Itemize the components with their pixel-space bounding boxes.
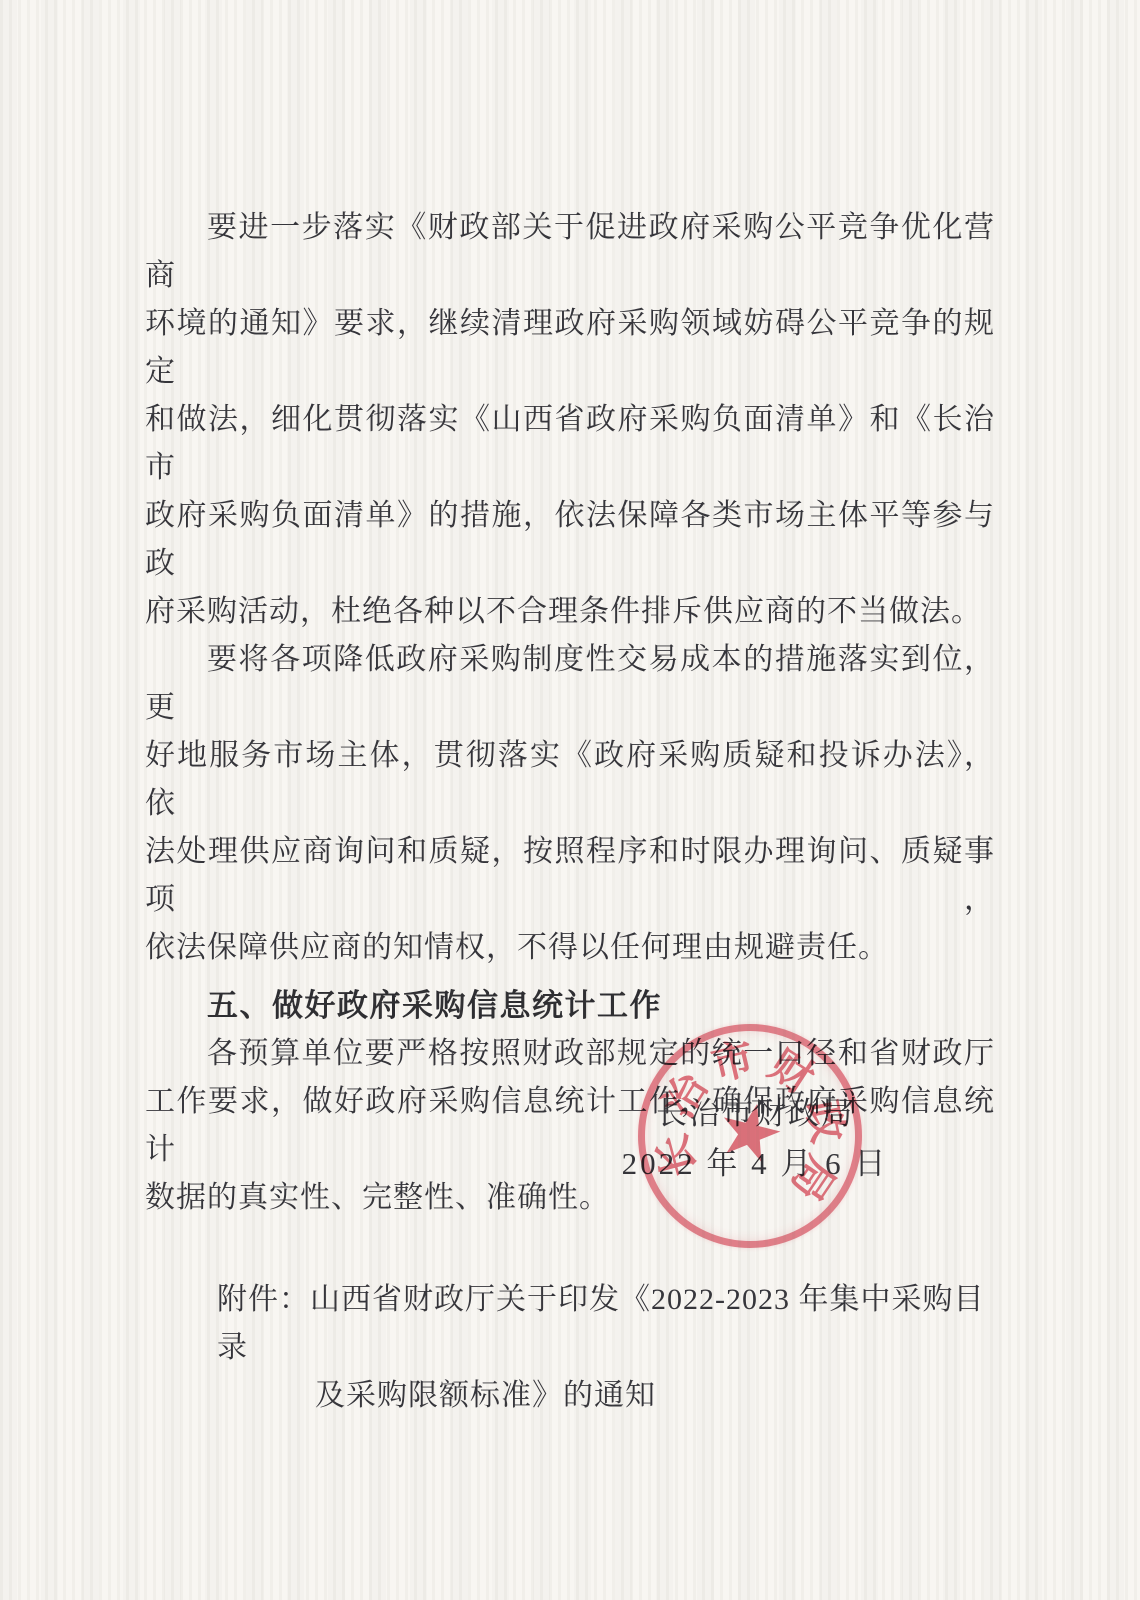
seal-char: 政 xyxy=(796,1093,852,1149)
paragraph-line: 环境的通知》要求，继续清理政府采购领域妨碍公平竞争的规定 xyxy=(145,300,995,396)
paragraph-line: 要进一步落实《财政部关于促进政府采购公平竞争优化营商 xyxy=(145,204,995,300)
paragraph-line: 政府采购负面清单》的措施，依法保障各类市场主体平等参与政 xyxy=(145,492,995,588)
paragraph-fair-competition: 要进一步落实《财政部关于促进政府采购公平竞争优化营商 环境的通知》要求，继续清理… xyxy=(145,204,995,636)
attachment-reference: 附件：山西省财政厅关于印发《2022-2023 年集中采购目录 及采购限额标准》… xyxy=(145,1276,995,1420)
attachment-line: 及采购限额标准》的通知 xyxy=(145,1372,995,1420)
attachment-line: 附件：山西省财政厅关于印发《2022-2023 年集中采购目录 xyxy=(145,1276,995,1372)
document-body: 要进一步落实《财政部关于促进政府采购公平竞争优化营商 环境的通知》要求，继续清理… xyxy=(145,204,995,1420)
paragraph-line: 府采购活动，杜绝各种以不合理条件排斥供应商的不当做法。 xyxy=(145,588,995,636)
paragraph-transaction-cost: 要将各项降低政府采购制度性交易成本的措施落实到位，更 好地服务市场主体，贯彻落实… xyxy=(145,636,995,972)
official-seal-stamp: 长 治 市 财 政 局 ★ xyxy=(638,1024,862,1248)
paragraph-line: 好地服务市场主体，贯彻落实《政府采购质疑和投诉办法》，依 xyxy=(145,732,995,828)
paragraph-line: 要将各项降低政府采购制度性交易成本的措施落实到位，更 xyxy=(145,636,995,732)
section-heading-5: 五、做好政府采购信息统计工作 xyxy=(145,982,995,1030)
paragraph-line: 各预算单位要严格按照财政部规定的统一口径和省财政厅 xyxy=(145,1030,995,1078)
scanned-notice-page: 要进一步落实《财政部关于促进政府采购公平竞争优化营商 环境的通知》要求，继续清理… xyxy=(0,0,1140,1600)
paragraph-line: 和做法，细化贯彻落实《山西省政府采购负面清单》和《长治市 xyxy=(145,396,995,492)
paragraph-line: 依法保障供应商的知情权，不得以任何理由规避责任。 xyxy=(145,924,995,972)
paragraph-line: 法处理供应商询问和质疑，按照程序和时限办理询问、质疑事项， xyxy=(145,828,995,924)
